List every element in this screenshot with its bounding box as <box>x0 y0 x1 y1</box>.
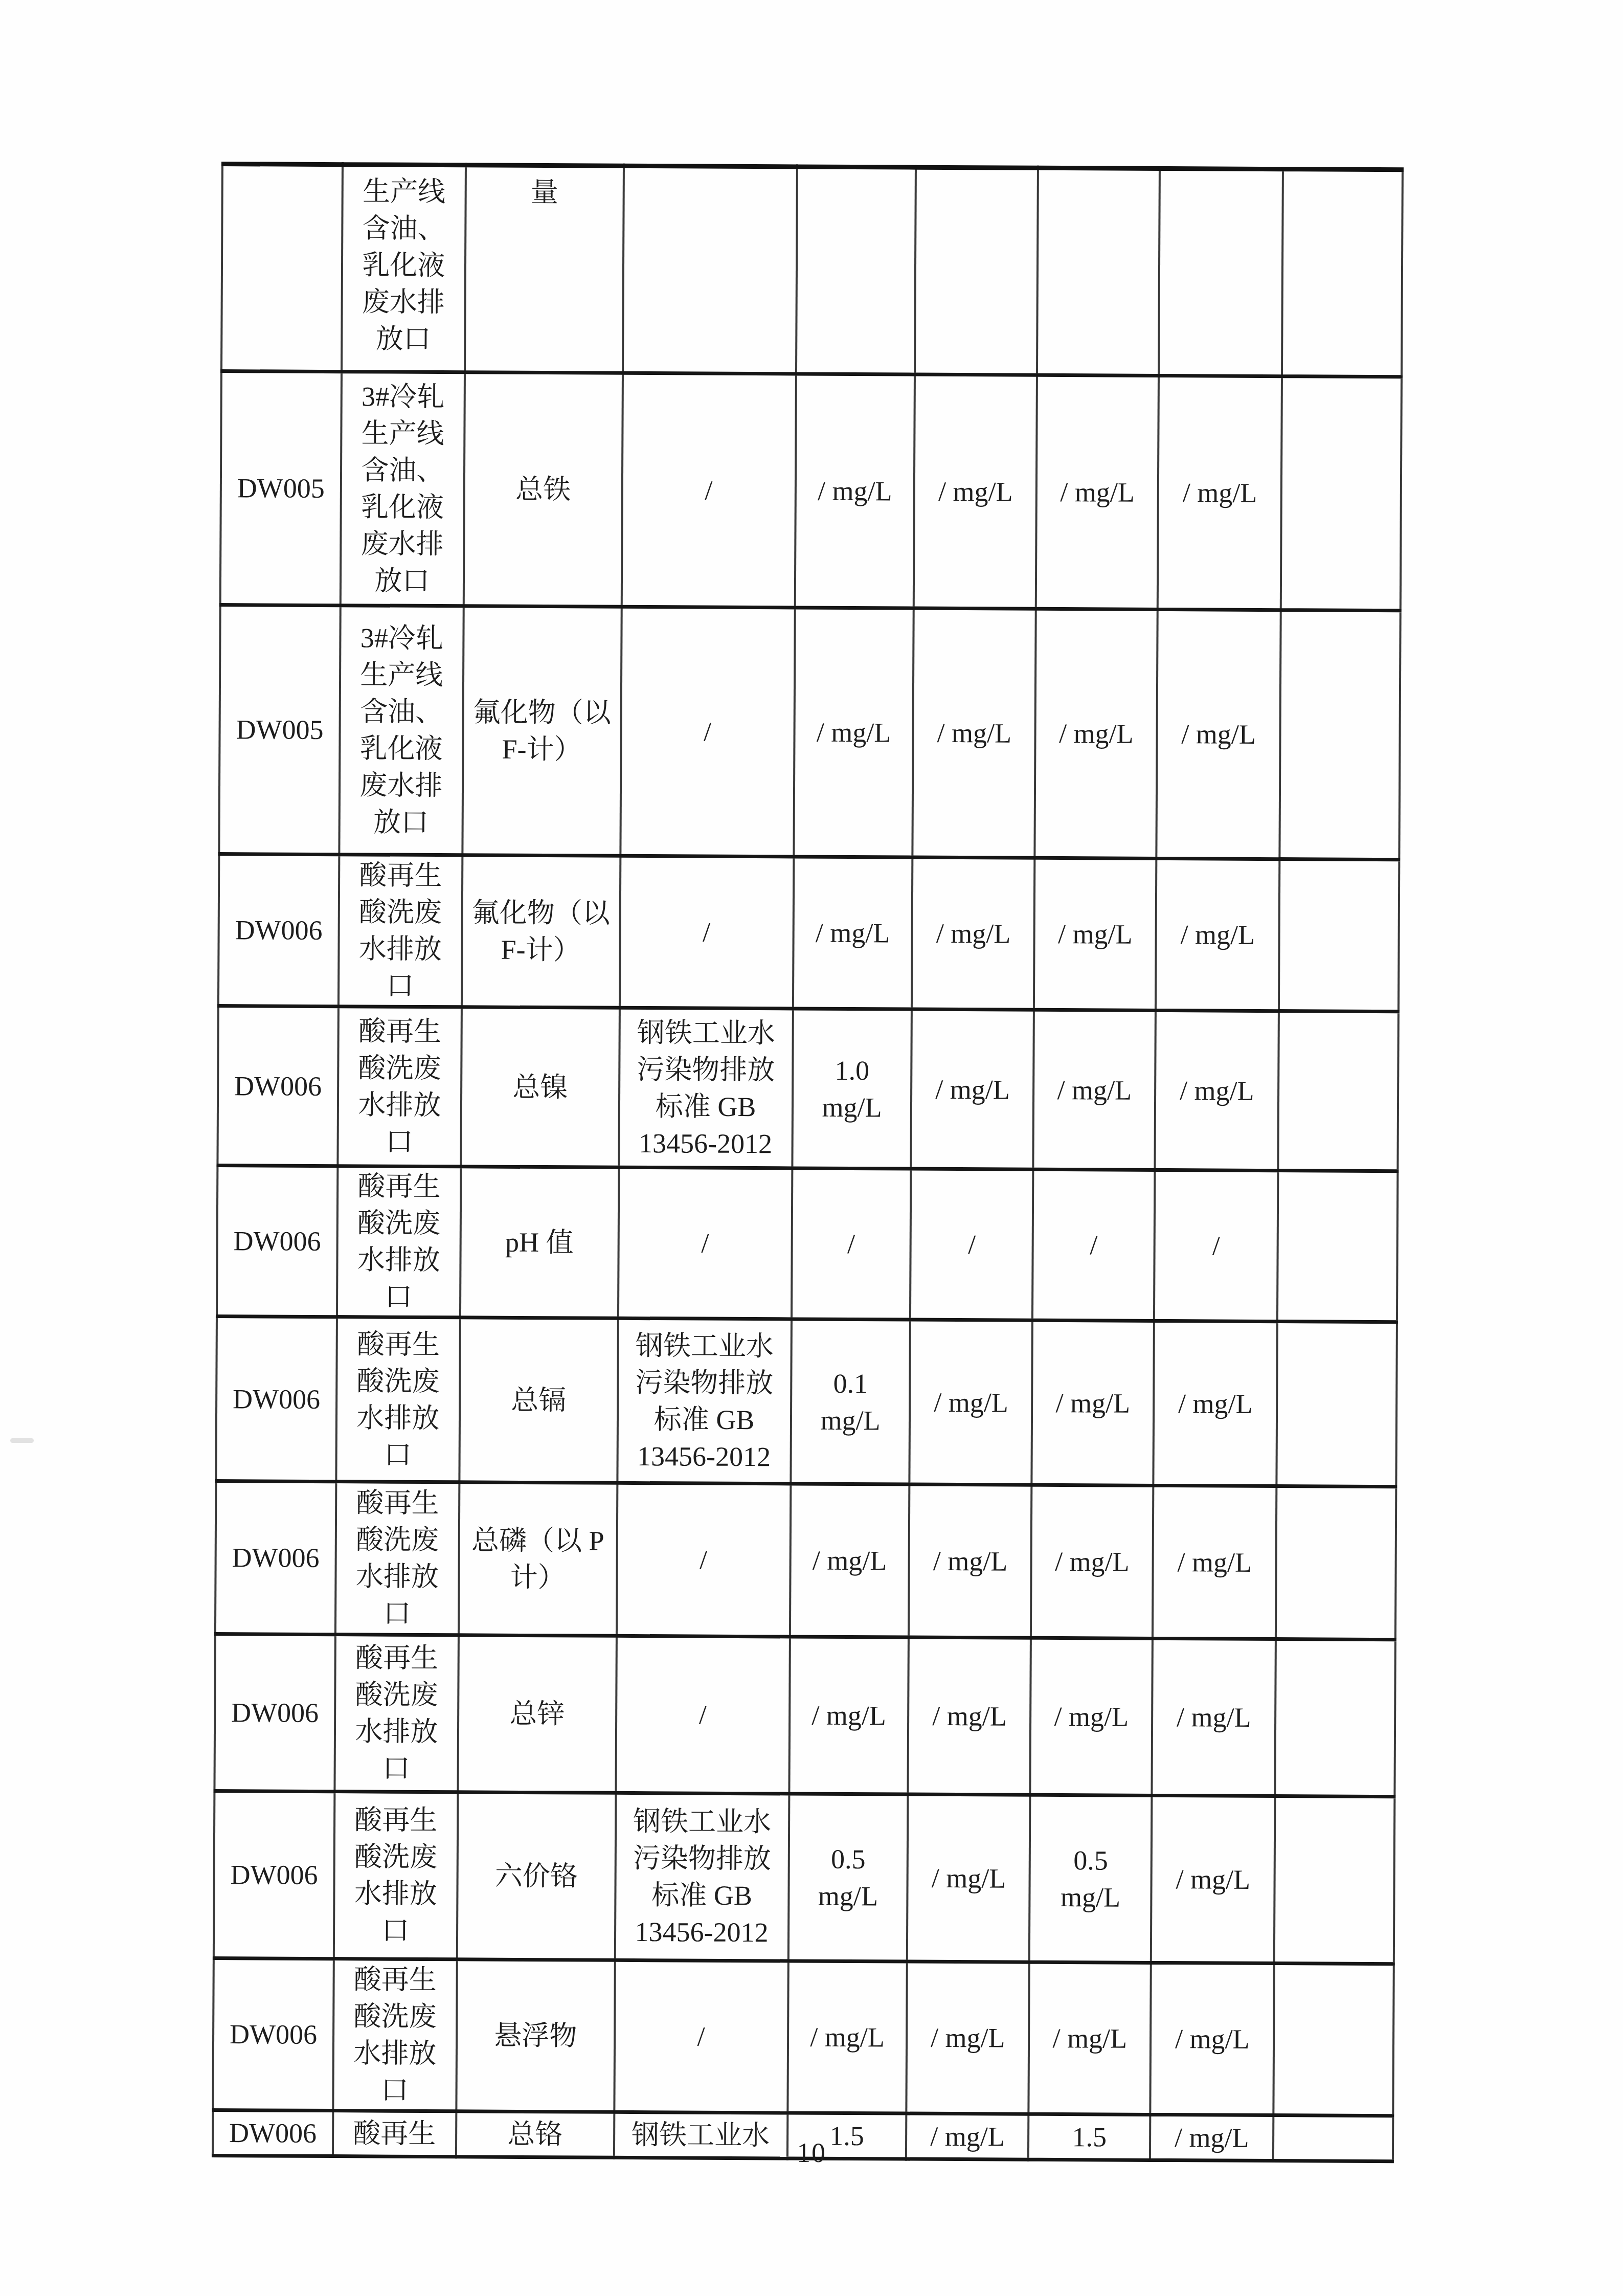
discharge-table-body: 生产线 含油、 乳化液 废水排 放口量DW0053#冷轧 生产线 含油、 乳化液… <box>213 164 1403 2161</box>
table-cell <box>1273 1964 1393 2116</box>
table-cell: 酸再生 酸洗废 水排放 口 <box>337 1007 461 1167</box>
table-row: DW006酸再生 酸洗废 水排放 口总镉钢铁工业水 污染物排放 标准 GB 13… <box>216 1316 1397 1486</box>
table-cell: 钢铁工业水 污染物排放 标准 GB 13456-2012 <box>615 1793 789 1961</box>
table-cell: 量 <box>465 165 624 373</box>
table-row: DW006酸再生 酸洗废 水排放 口总镍钢铁工业水 污染物排放 标准 GB 13… <box>217 1006 1398 1171</box>
table-cell: / mg/L <box>1151 1795 1275 1963</box>
table-cell: 酸再生 酸洗废 水排放 口 <box>334 1792 458 1959</box>
table-cell: 总铁 <box>464 372 623 607</box>
table-cell: / <box>621 373 796 608</box>
table-cell: 酸再生 酸洗废 水排放 口 <box>333 1959 457 2111</box>
table-cell: / mg/L <box>910 1320 1032 1485</box>
table-row: DW006酸再生 酸洗废 水排放 口六价铬钢铁工业水 污染物排放 标准 GB 1… <box>214 1791 1395 1964</box>
table-cell: / mg/L <box>1151 1963 1274 2115</box>
discharge-table: 生产线 含油、 乳化液 废水排 放口量DW0053#冷轧 生产线 含油、 乳化液… <box>212 162 1404 2163</box>
table-cell: 3#冷轧 生产线 含油、 乳化液 废水排 放口 <box>339 606 463 855</box>
table-cell: 总镉 <box>459 1318 618 1483</box>
table-cell: / mg/L <box>1036 375 1159 609</box>
table-row: DW0053#冷轧 生产线 含油、 乳化液 废水排 放口氟化物（以 F-计）//… <box>219 605 1400 859</box>
table-row: 生产线 含油、 乳化液 废水排 放口量 <box>221 164 1403 377</box>
table-cell <box>1278 1011 1398 1171</box>
table-sheet: 生产线 含油、 乳化液 废水排 放口量DW0053#冷轧 生产线 含油、 乳化液… <box>212 162 1404 2163</box>
table-cell: 3#冷轧 生产线 含油、 乳化液 废水排 放口 <box>341 372 465 606</box>
table-cell <box>1276 1322 1396 1487</box>
table-cell: / mg/L <box>914 374 1037 609</box>
table-cell <box>1279 859 1399 1012</box>
table-cell: DW005 <box>219 605 340 854</box>
table-cell <box>622 166 797 374</box>
table-cell: DW006 <box>216 1316 336 1481</box>
table-cell: 生产线 含油、 乳化液 废水排 放口 <box>342 165 466 372</box>
table-cell: DW005 <box>220 371 342 606</box>
table-cell: 酸再生 酸洗废 水排放 口 <box>336 1317 460 1482</box>
table-cell: / mg/L <box>1158 375 1282 610</box>
table-cell <box>1281 376 1402 611</box>
table-cell: / mg/L <box>1034 858 1156 1010</box>
table-row: DW006酸再生 酸洗废 水排放 口总锌// mg/L/ mg/L/ mg/L/… <box>214 1634 1395 1796</box>
table-cell: 0.5 mg/L <box>788 1794 908 1961</box>
table-cell: DW006 <box>215 1481 336 1634</box>
table-cell: 酸再生 酸洗废 水排放 口 <box>335 1482 459 1635</box>
table-cell: / mg/L <box>790 1484 910 1637</box>
table-cell: 0.1 mg/L <box>791 1319 910 1484</box>
table-cell: / mg/L <box>1157 609 1281 859</box>
table-cell: / mg/L <box>1155 1010 1279 1170</box>
table-cell: 总磷（以 P 计） <box>459 1482 617 1636</box>
table-cell: / mg/L <box>911 1009 1034 1169</box>
table-cell: / <box>1154 1170 1278 1321</box>
table-cell: / mg/L <box>787 1961 907 2113</box>
table-cell: 钢铁工业水 污染物排放 标准 GB 13456-2012 <box>617 1318 792 1484</box>
page-number: 10 <box>0 2137 1623 2169</box>
table-cell: / <box>619 856 794 1009</box>
table-cell: 0.5 mg/L <box>1029 1795 1152 1963</box>
table-cell: / <box>620 607 795 857</box>
table-cell <box>1037 168 1160 375</box>
table-cell: / <box>792 1168 911 1320</box>
table-cell: / mg/L <box>795 374 915 608</box>
table-cell: / <box>618 1167 792 1319</box>
table-cell: 酸再生 酸洗废 水排放 口 <box>337 1166 461 1318</box>
table-cell: 六价铬 <box>457 1792 616 1960</box>
table-cell: 酸再生 酸洗废 水排放 口 <box>334 1635 458 1792</box>
table-row: DW006酸再生 酸洗废 水排放 口总磷（以 P 计）// mg/L/ mg/L… <box>215 1481 1396 1639</box>
table-cell <box>1274 1796 1394 1964</box>
table-cell: / mg/L <box>1031 1485 1153 1638</box>
table-cell: / mg/L <box>908 1637 1031 1795</box>
table-cell <box>1276 1486 1396 1640</box>
table-cell: DW006 <box>217 1006 338 1166</box>
scan-smudge <box>10 1438 34 1443</box>
table-cell: 悬浮物 <box>456 1959 615 2112</box>
table-cell <box>1279 610 1400 860</box>
table-cell: / mg/L <box>1154 1321 1277 1486</box>
table-cell <box>1275 1639 1395 1797</box>
table-cell: / mg/L <box>1035 609 1158 858</box>
table-cell: 钢铁工业水 污染物排放 标准 GB 13456-2012 <box>619 1008 793 1168</box>
table-cell: / mg/L <box>913 608 1036 858</box>
table-cell: / mg/L <box>1029 1962 1151 2114</box>
table-cell: / mg/L <box>1152 1638 1276 1796</box>
table-cell: DW006 <box>213 1958 333 2110</box>
table-cell: / mg/L <box>1153 1485 1276 1639</box>
table-cell: / mg/L <box>1032 1320 1154 1485</box>
table-cell: / mg/L <box>907 1961 1029 2114</box>
table-row: DW006酸再生 酸洗废 水排放 口悬浮物// mg/L/ mg/L/ mg/L… <box>213 1958 1393 2115</box>
table-cell: / mg/L <box>912 857 1034 1010</box>
table-cell <box>1159 168 1283 376</box>
table-cell: / <box>616 1636 790 1794</box>
document-page: 生产线 含油、 乳化液 废水排 放口量DW0053#冷轧 生产线 含油、 乳化液… <box>0 0 1623 2296</box>
table-cell: 总锌 <box>458 1635 616 1793</box>
table-row: DW0053#冷轧 生产线 含油、 乳化液 废水排 放口总铁// mg/L/ m… <box>220 371 1402 611</box>
table-cell <box>915 167 1038 375</box>
table-cell: 氟化物（以 F-计） <box>462 606 621 856</box>
table-cell: 氟化物（以 F-计） <box>462 855 620 1008</box>
table-cell: / mg/L <box>1033 1010 1156 1170</box>
table-cell <box>796 167 916 374</box>
table-cell <box>1282 169 1403 377</box>
table-cell: 总镍 <box>461 1007 619 1168</box>
table-cell: DW006 <box>217 1165 337 1317</box>
table-cell: / mg/L <box>794 608 914 857</box>
table-cell: DW006 <box>214 1791 334 1958</box>
table-cell: / <box>1032 1169 1155 1321</box>
table-cell: / mg/L <box>1156 858 1279 1011</box>
table-cell: pH 值 <box>460 1167 619 1319</box>
table-cell: / mg/L <box>907 1794 1030 1962</box>
table-cell: / <box>910 1169 1033 1320</box>
table-cell: DW006 <box>214 1634 335 1791</box>
table-cell: / <box>616 1483 791 1637</box>
table-cell: 1.0 mg/L <box>792 1009 912 1169</box>
table-cell: / mg/L <box>909 1484 1031 1638</box>
table-cell: / mg/L <box>1030 1638 1153 1795</box>
table-row: DW006酸再生 酸洗废 水排放 口pH 值///// <box>217 1165 1397 1322</box>
table-cell: / mg/L <box>793 857 913 1009</box>
table-cell <box>1277 1171 1397 1322</box>
table-cell: / mg/L <box>789 1637 909 1794</box>
table-cell: / <box>614 1960 788 2113</box>
table-cell <box>221 164 343 372</box>
table-row: DW006酸再生 酸洗废 水排放 口氟化物（以 F-计）// mg/L/ mg/… <box>218 854 1399 1011</box>
table-cell: DW006 <box>218 854 339 1006</box>
table-cell: 酸再生 酸洗废 水排放 口 <box>339 855 462 1007</box>
